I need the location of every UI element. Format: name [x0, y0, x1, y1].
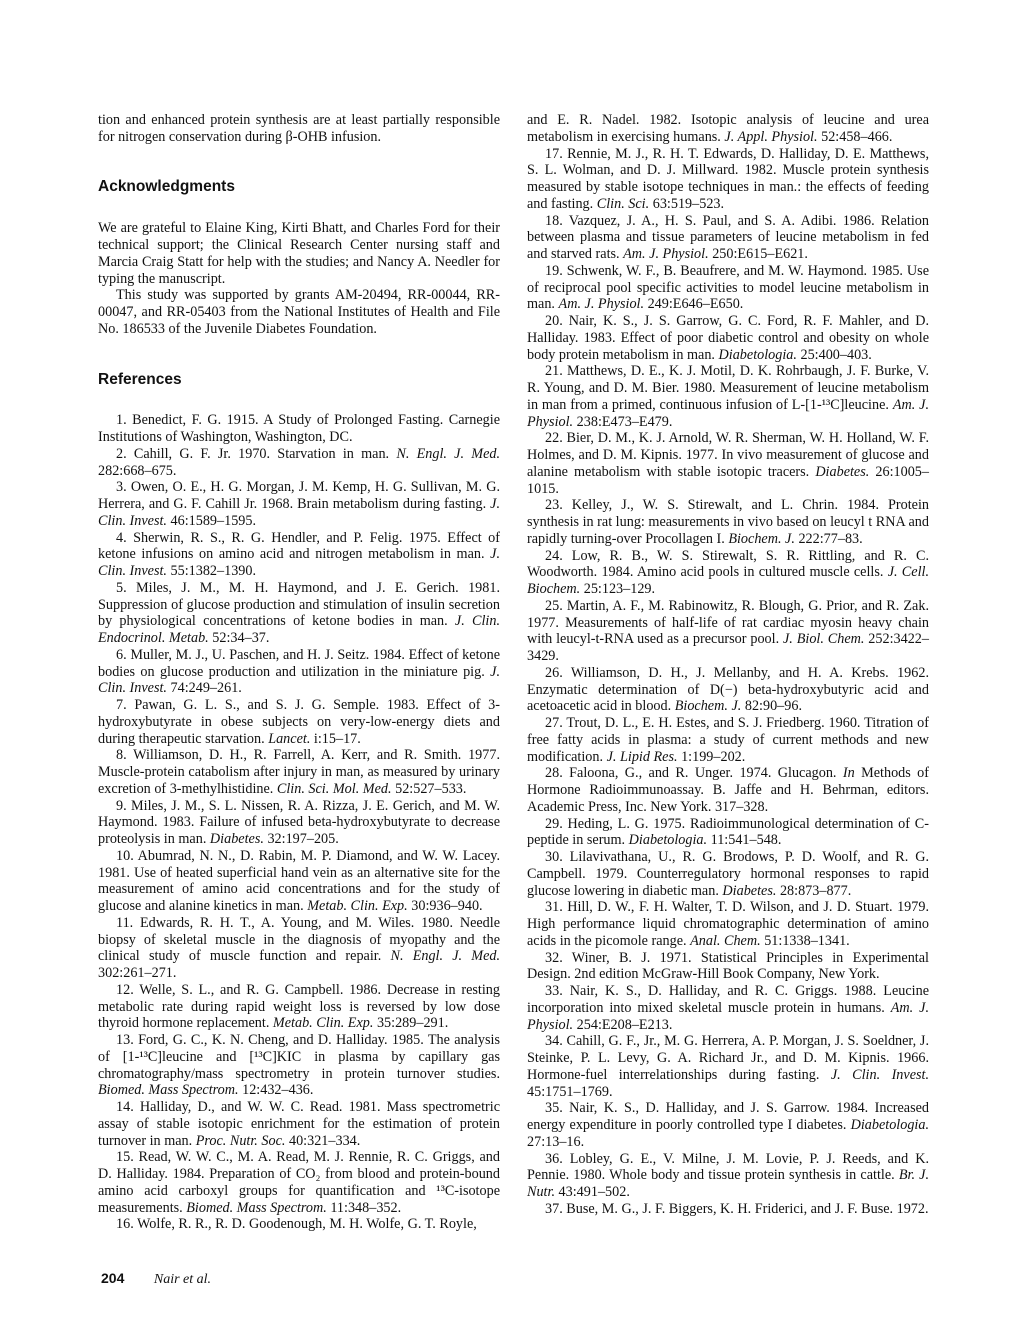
reference-item: 5. Miles, J. M., M. H. Haymond, and J. E… — [98, 580, 500, 647]
reference-list-left: 1. Benedict, F. G. 1915. A Study of Prol… — [98, 412, 500, 1233]
journal-name: Lancet. — [268, 731, 310, 747]
reference-item: 24. Low, R. B., W. S. Stirewalt, S. R. R… — [527, 548, 929, 598]
journal-name: In — [843, 765, 855, 781]
reference-item: 29. Heding, L. G. 1975. Radioimmunologic… — [527, 816, 929, 850]
reference-item: 26. Williamson, D. H., J. Mellanby, and … — [527, 665, 929, 715]
reference-item: 23. Kelley, J., W. S. Stirewalt, and L. … — [527, 497, 929, 547]
reference-item: 12. Welle, S. L., and R. G. Campbell. 19… — [98, 982, 500, 1032]
page-footer: 204 Nair et al. — [101, 1270, 211, 1288]
journal-name: N. Engl. J. Med. — [396, 446, 500, 462]
reference-item: 1. Benedict, F. G. 1915. A Study of Prol… — [98, 412, 500, 446]
reference-item: 11. Edwards, R. H. T., A. Young, and M. … — [98, 915, 500, 982]
acknowledgments-paragraph-2: This study was supported by grants AM-20… — [98, 287, 500, 337]
acknowledgments-heading: Acknowledgments — [98, 179, 500, 196]
journal-name: Biomed. Mass Spectrom. — [98, 1082, 239, 1098]
reference-item: 30. Lilavivathana, U., R. G. Brodows, P.… — [527, 849, 929, 899]
reference-item: 14. Halliday, D., and W. W. C. Read. 198… — [98, 1099, 500, 1149]
reference-item: 13. Ford, G. C., K. N. Cheng, and D. Hal… — [98, 1032, 500, 1099]
continuation-paragraph: tion and enhanced protein synthesis are … — [98, 112, 500, 146]
reference-item: 33. Nair, K. S., D. Halliday, and R. C. … — [527, 983, 929, 1033]
acknowledgments-paragraph-1: We are grateful to Elaine King, Kirti Bh… — [98, 220, 500, 287]
journal-name: Diabetologia. — [719, 347, 797, 363]
reference-item: 32. Winer, B. J. 1971. Statistical Princ… — [527, 950, 929, 984]
page-number: 204 — [101, 1270, 124, 1286]
journal-name: J. Biol. Chem. — [783, 631, 864, 647]
journal-name: Clin. Sci. — [597, 196, 649, 212]
reference-item: 6. Muller, M. J., U. Paschen, and H. J. … — [98, 647, 500, 697]
running-head: Nair et al. — [154, 1272, 211, 1287]
reference-item: 4. Sherwin, R. S., R. G. Hendler, and P.… — [98, 530, 500, 580]
reference-item: 2. Cahill, G. F. Jr. 1970. Starvation in… — [98, 446, 500, 480]
reference-item: 22. Bier, D. M., K. J. Arnold, W. R. She… — [527, 430, 929, 497]
journal-name: Anal. Chem. — [690, 933, 761, 949]
journal-name: Am. J. Physiol. — [623, 246, 709, 262]
reference-item: 10. Abumrad, N. N., D. Rabin, M. P. Diam… — [98, 848, 500, 915]
journal-name: Metab. Clin. Exp. — [307, 898, 407, 914]
reference-item: 20. Nair, K. S., J. S. Garrow, G. C. For… — [527, 313, 929, 363]
reference-item: 37. Buse, M. G., J. F. Biggers, K. H. Fr… — [527, 1201, 929, 1218]
journal-name: Biochem. J. — [675, 698, 742, 714]
reference-item: 25. Martin, A. F., M. Rabinowitz, R. Blo… — [527, 598, 929, 665]
journal-name: J. Lipid Res. — [607, 749, 678, 765]
journal-name: Diabetes. — [815, 464, 869, 480]
journal-name: Diabetes. — [210, 831, 264, 847]
reference-item: 35. Nair, K. S., D. Halliday, and J. S. … — [527, 1100, 929, 1150]
reference-item: 28. Faloona, G., and R. Unger. 1974. Glu… — [527, 765, 929, 815]
journal-name: Biochem. J. — [728, 531, 795, 547]
reference-item: 8. Williamson, D. H., R. Farrell, A. Ker… — [98, 747, 500, 797]
journal-name: Diabetologia. — [629, 832, 707, 848]
journal-name: Diabetologia. — [851, 1117, 929, 1133]
journal-name: Clin. Sci. Mol. Med. — [277, 781, 392, 797]
reference-item: 36. Lobley, G. E., V. Milne, J. M. Lovie… — [527, 1151, 929, 1201]
reference-item: 21. Matthews, D. E., K. J. Motil, D. K. … — [527, 363, 929, 430]
references-heading: References — [98, 372, 500, 389]
reference-item: 18. Vazquez, J. A., H. S. Paul, and S. A… — [527, 213, 929, 263]
left-column: tion and enhanced protein synthesis are … — [98, 112, 500, 1233]
reference-item: 17. Rennie, M. J., R. H. T. Edwards, D. … — [527, 146, 929, 213]
journal-name: J. Appl. Physiol. — [724, 129, 817, 145]
journal-name: Diabetes. — [722, 883, 776, 899]
right-column: and E. R. Nadel. 1982. Isotopic analysis… — [527, 112, 929, 1218]
journal-name: N. Engl. J. Med. — [390, 948, 500, 964]
reference-item: 15. Read, W. W. C., M. A. Read, M. J. Re… — [98, 1149, 500, 1216]
reference-list-right: and E. R. Nadel. 1982. Isotopic analysis… — [527, 112, 929, 1218]
reference-item: 9. Miles, J. M., S. L. Nissen, R. A. Riz… — [98, 798, 500, 848]
reference-item: 31. Hill, D. W., F. H. Walter, T. D. Wil… — [527, 899, 929, 949]
reference-item: and E. R. Nadel. 1982. Isotopic analysis… — [527, 112, 929, 146]
reference-item: 7. Pawan, G. L. S., and S. J. G. Semple.… — [98, 697, 500, 747]
reference-item: 19. Schwenk, W. F., B. Beaufrere, and M.… — [527, 263, 929, 313]
reference-item: 34. Cahill, G. F., Jr., M. G. Herrera, A… — [527, 1033, 929, 1100]
reference-item: 16. Wolfe, R. R., R. D. Goodenough, M. H… — [98, 1216, 500, 1233]
journal-name: Metab. Clin. Exp. — [273, 1015, 373, 1031]
journal-name: Am. J. Physiol. — [559, 296, 645, 312]
journal-name: Proc. Nutr. Soc. — [196, 1133, 286, 1149]
journal-name: Biomed. Mass Spectrom. — [186, 1200, 327, 1216]
journal-name: J. Clin. Invest. — [831, 1067, 929, 1083]
reference-item: 3. Owen, O. E., H. G. Morgan, J. M. Kemp… — [98, 479, 500, 529]
reference-item: 27. Trout, D. L., E. H. Estes, and S. J.… — [527, 715, 929, 765]
